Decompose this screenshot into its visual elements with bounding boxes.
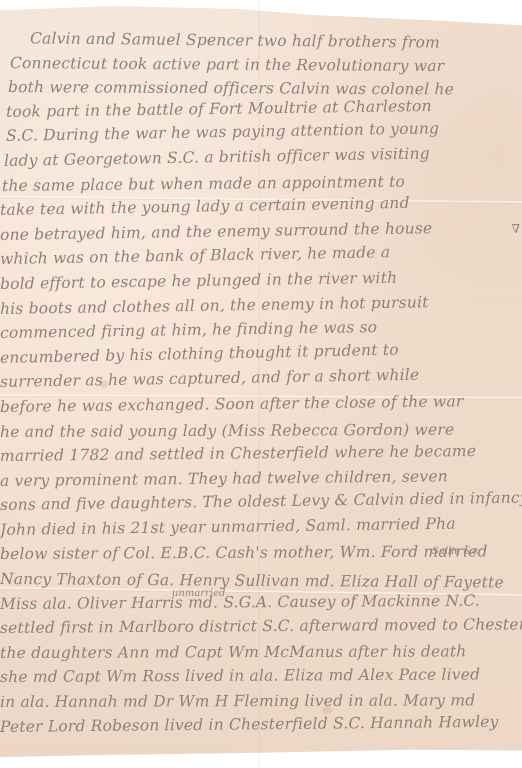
- handwritten-text-block: Calvin and Samuel Spencer two half broth…: [0, 26, 522, 739]
- edge-mark: ∇: [512, 222, 520, 236]
- text-line: she md Capt Wm Ross lived in ala. Eliza …: [0, 663, 522, 690]
- text-line: the daughters Ann md Capt Wm McManus aft…: [0, 639, 522, 665]
- text-line: Peter Lord Robeson lived in Chesterfield…: [0, 709, 522, 739]
- interlinear-note: Sallie &c: [432, 546, 478, 557]
- text-line: settled first in Marlboro district S.C. …: [0, 612, 522, 640]
- interlinear-note: unmarried: [172, 588, 225, 599]
- document-scan: Calvin and Samuel Spencer two half broth…: [0, 0, 522, 768]
